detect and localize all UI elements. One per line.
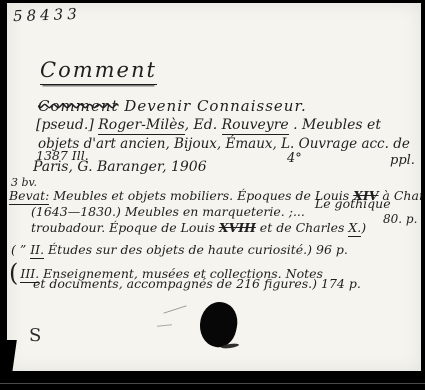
contents-l3a: troubadour. Époque de Louis — [31, 220, 219, 235]
catalog-card: 58433 Comment Comment Devenir Connaisseu… — [7, 3, 421, 371]
scan-edge-bottom — [0, 371, 425, 390]
scratch-mark — [157, 324, 172, 327]
scan-edge-top — [0, 0, 425, 3]
contents-l2: (1643—1830.) Meubles en marqueterie. ;..… — [31, 204, 305, 219]
contents-line-3: troubadour. Époque de Louis XVIII et de … — [31, 220, 366, 235]
struck-word: Comment — [38, 97, 119, 115]
item2-text: Études sur des objets de haute curiosité… — [44, 242, 312, 257]
scratch-mark — [163, 305, 186, 313]
author-mid: , Ed. — [185, 117, 222, 133]
contents-l1a: Meubles et objets mobiliers. Époques de … — [49, 188, 353, 203]
author-line: [pseud.] Roger-Milès, Ed. Rouveyre . Meu… — [36, 117, 381, 133]
author-tail: . Meubles et — [289, 117, 381, 133]
author-name: Roger-Milès — [98, 117, 184, 135]
corner-note: ppl. — [390, 153, 415, 168]
contents-item-2: ( ” II. Études sur des objets de haute c… — [11, 242, 348, 257]
item3-pages: 174 p. — [317, 276, 361, 291]
title-line: Comment Devenir Connaisseur. — [38, 97, 307, 115]
publisher-name: Rouveyre — [222, 117, 289, 135]
description-line: objets d'art ancien, Bijoux, Émaux, L. O… — [38, 136, 410, 152]
item3-cont: et documents, accompagnés de 216 figures… — [33, 276, 317, 291]
contents-line-2: (1643—1830.) Meubles en marqueterie. ;..… — [31, 204, 391, 219]
item2-open: ( ” — [11, 242, 30, 257]
charles-x: X. — [348, 220, 361, 237]
item3-open: ( — [9, 259, 18, 287]
call-number: 58433 — [13, 5, 81, 25]
card-heading: Comment — [40, 58, 157, 85]
title-rest: Devenir Connaisseur. — [119, 97, 307, 115]
format-note: 4° — [287, 151, 302, 166]
scan-edge-right — [421, 0, 425, 390]
item2-pages: 96 p. — [312, 242, 348, 257]
contents-l3b: et de Charles — [256, 220, 349, 235]
roman-numeral: XVIII — [219, 220, 256, 235]
contents-l2-raised: Le gothique — [315, 196, 391, 211]
roman-numeral: II. — [30, 242, 44, 259]
contents-label: Bevat: — [9, 188, 49, 205]
contents-item-3-cont: et documents, accompagnés de 216 figures… — [33, 276, 361, 291]
imprint-line: Paris, G. Baranger, 1906 — [33, 159, 207, 175]
contents-l3-close: ) — [361, 220, 366, 235]
stamp-letter: S — [29, 325, 41, 346]
scan-artifact-line — [0, 383, 425, 384]
scan-edge-left — [0, 0, 7, 390]
pseud-bracket: [pseud.] — [36, 117, 98, 133]
page-count-note: 80. p. — [383, 212, 417, 226]
